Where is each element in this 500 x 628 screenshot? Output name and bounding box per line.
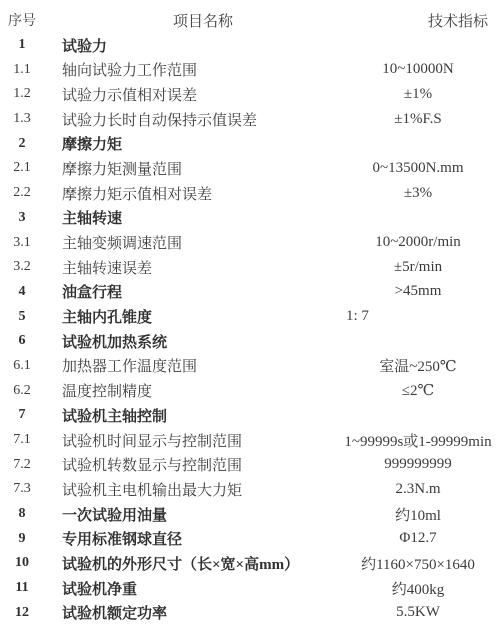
table-row: 3主轴转速 bbox=[0, 206, 500, 231]
item-name: 试验机的外形尺寸（长×宽×高mm） bbox=[44, 553, 344, 574]
item-name: 主轴变频调速范围 bbox=[44, 232, 344, 253]
tech-spec-value: 0~13500N.mm bbox=[344, 160, 500, 177]
item-name: 摩擦力矩示值相对误差 bbox=[44, 183, 344, 204]
header-num: 序号 bbox=[0, 10, 44, 30]
row-number: 3 bbox=[0, 210, 44, 226]
tech-spec-value: 10~2000r/min bbox=[344, 234, 500, 251]
row-number: 11 bbox=[0, 580, 44, 596]
item-name: 主轴转速误差 bbox=[44, 257, 344, 278]
row-number: 1 bbox=[0, 37, 44, 53]
header-value: 技术指标 bbox=[344, 10, 500, 31]
item-name: 试验机加热系统 bbox=[44, 331, 344, 352]
tech-spec-value: 约400kg bbox=[344, 578, 500, 599]
table-row: 1试验力 bbox=[0, 33, 500, 58]
tech-spec-value: ±1% bbox=[344, 86, 500, 103]
item-name: 试验机时间显示与控制范围 bbox=[44, 430, 344, 451]
row-number: 6.1 bbox=[0, 358, 44, 374]
row-number: 4 bbox=[0, 284, 44, 300]
table-row: 7试验机主轴控制 bbox=[0, 403, 500, 428]
item-name: 试验机净重 bbox=[44, 578, 344, 599]
table-row: 2.1摩擦力矩测量范围0~13500N.mm bbox=[0, 156, 500, 181]
tech-spec-value: ±3% bbox=[344, 185, 500, 202]
item-name: 专用标准钢球直径 bbox=[44, 528, 344, 549]
item-name: 油盒行程 bbox=[44, 281, 344, 302]
item-name: 轴向试验力工作范围 bbox=[44, 59, 344, 80]
table-body: 1试验力1.1轴向试验力工作范围10~10000N1.2试验力示值相对误差±1%… bbox=[0, 33, 500, 626]
table-row: 3.2主轴转速误差±5r/min bbox=[0, 255, 500, 280]
table-row: 11试验机净重约400kg bbox=[0, 576, 500, 601]
table-row: 1.3试验力长时自动保持示值误差±1%F.S bbox=[0, 107, 500, 132]
row-number: 5 bbox=[0, 309, 44, 325]
row-number: 2.2 bbox=[0, 185, 44, 201]
table-row: 6.2温度控制精度≤2℃ bbox=[0, 378, 500, 403]
table-row: 1.1轴向试验力工作范围10~10000N bbox=[0, 57, 500, 82]
tech-spec-value: >45mm bbox=[344, 283, 500, 300]
table-row: 7.3试验机主电机输出最大力矩2.3N.m bbox=[0, 477, 500, 502]
item-name: 加热器工作温度范围 bbox=[44, 355, 344, 376]
tech-spec-value: ≤2℃ bbox=[344, 381, 500, 400]
tech-spec-value: 10~10000N bbox=[344, 61, 500, 78]
item-name: 试验机主电机输出最大力矩 bbox=[44, 479, 344, 500]
row-number: 1.3 bbox=[0, 111, 44, 127]
item-name: 试验力示值相对误差 bbox=[44, 84, 344, 105]
table-row: 6试验机加热系统 bbox=[0, 329, 500, 354]
item-name: 试验力长时自动保持示值误差 bbox=[44, 109, 344, 130]
row-number: 7.2 bbox=[0, 457, 44, 473]
item-name: 试验力 bbox=[44, 35, 344, 56]
table-row: 7.2试验机转数显示与控制范围999999999 bbox=[0, 452, 500, 477]
tech-spec-value: 室温~250℃ bbox=[344, 355, 500, 376]
row-number: 3.1 bbox=[0, 235, 44, 251]
table-row: 3.1主轴变频调速范围10~2000r/min bbox=[0, 230, 500, 255]
item-name: 摩擦力矩测量范围 bbox=[44, 158, 344, 179]
row-number: 7 bbox=[0, 407, 44, 423]
tech-spec-value: ±1%F.S bbox=[344, 111, 500, 128]
row-number: 1.1 bbox=[0, 62, 44, 78]
item-name: 温度控制精度 bbox=[44, 380, 344, 401]
tech-spec-value: 5.5KW bbox=[344, 604, 500, 621]
row-number: 8 bbox=[0, 506, 44, 522]
table-row: 2摩擦力矩 bbox=[0, 131, 500, 156]
tech-spec-value: 1: 7 bbox=[344, 308, 500, 325]
row-number: 12 bbox=[0, 605, 44, 621]
header-name: 项目名称 bbox=[44, 10, 344, 31]
table-row: 8一次试验用油量约10ml bbox=[0, 502, 500, 527]
item-name: 一次试验用油量 bbox=[44, 504, 344, 525]
item-name: 试验机转数显示与控制范围 bbox=[44, 454, 344, 475]
tech-spec-value: 约10ml bbox=[344, 504, 500, 525]
row-number: 9 bbox=[0, 531, 44, 547]
table-row: 5主轴内孔锥度1: 7 bbox=[0, 304, 500, 329]
table-row: 12试验机额定功率5.5KW bbox=[0, 601, 500, 626]
tech-spec-value: 999999999 bbox=[344, 456, 500, 473]
table-header: 序号 项目名称 技术指标 bbox=[0, 8, 500, 33]
table-row: 1.2试验力示值相对误差±1% bbox=[0, 82, 500, 107]
item-name: 摩擦力矩 bbox=[44, 133, 344, 154]
table-row: 7.1试验机时间显示与控制范围1~99999s或1-99999min bbox=[0, 428, 500, 453]
table-row: 10试验机的外形尺寸（长×宽×高mm）约1160×750×1640 bbox=[0, 551, 500, 576]
tech-spec-value: ±5r/min bbox=[344, 259, 500, 276]
item-name: 试验机额定功率 bbox=[44, 602, 344, 623]
item-name: 主轴内孔锥度 bbox=[44, 306, 344, 327]
tech-spec-value: Φ12.7 bbox=[344, 530, 500, 547]
table-row: 9专用标准钢球直径Φ12.7 bbox=[0, 526, 500, 551]
table-row: 4油盒行程>45mm bbox=[0, 280, 500, 305]
row-number: 1.2 bbox=[0, 86, 44, 102]
row-number: 6 bbox=[0, 333, 44, 349]
row-number: 2.1 bbox=[0, 160, 44, 176]
item-name: 主轴转速 bbox=[44, 207, 344, 228]
spec-document: 序号 项目名称 技术指标 1试验力1.1轴向试验力工作范围10~10000N1.… bbox=[0, 0, 500, 625]
tech-spec-value: 约1160×750×1640 bbox=[344, 553, 500, 574]
table-row: 6.1加热器工作温度范围室温~250℃ bbox=[0, 354, 500, 379]
row-number: 10 bbox=[0, 555, 44, 571]
row-number: 2 bbox=[0, 136, 44, 152]
tech-spec-value: 1~99999s或1-99999min bbox=[344, 430, 500, 451]
row-number: 7.3 bbox=[0, 481, 44, 497]
row-number: 6.2 bbox=[0, 383, 44, 399]
row-number: 7.1 bbox=[0, 432, 44, 448]
tech-spec-value: 2.3N.m bbox=[344, 481, 500, 498]
table-row: 2.2摩擦力矩示值相对误差±3% bbox=[0, 181, 500, 206]
row-number: 3.2 bbox=[0, 259, 44, 275]
item-name: 试验机主轴控制 bbox=[44, 405, 344, 426]
